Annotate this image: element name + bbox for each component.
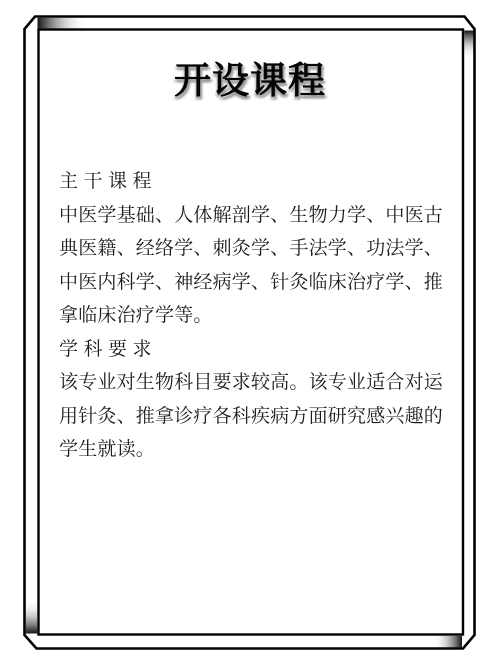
main-courses-heading: 主干课程 xyxy=(59,165,445,199)
main-courses-line: 中医学基础、人体解剖学、生物力学、中医古 xyxy=(59,199,445,233)
main-courses-line: 中医内科学、神经病学、针灸临床治疗学、推 xyxy=(59,266,445,300)
main-courses-line: 拿临床治疗学等。 xyxy=(59,299,445,333)
subject-requirements-line: 该专业对生物科目要求较高。该专业适合对运 xyxy=(59,366,445,400)
subject-requirements-heading: 学科要求 xyxy=(59,333,445,367)
page-title: 开设课程 xyxy=(0,50,500,104)
subject-requirements-line: 用针灸、推拿诊疗各科疾病方面研究感兴趣的 xyxy=(59,400,445,434)
info-card: 开设课程 主干课程 中医学基础、人体解剖学、生物力学、中医古 典医籍、经络学、刺… xyxy=(0,0,500,654)
subject-requirements-line: 学生就读。 xyxy=(59,433,445,467)
main-courses-line: 典医籍、经络学、刺灸学、手法学、功法学、 xyxy=(59,232,445,266)
body-text: 主干课程 中医学基础、人体解剖学、生物力学、中医古 典医籍、经络学、刺灸学、手法… xyxy=(59,165,445,467)
